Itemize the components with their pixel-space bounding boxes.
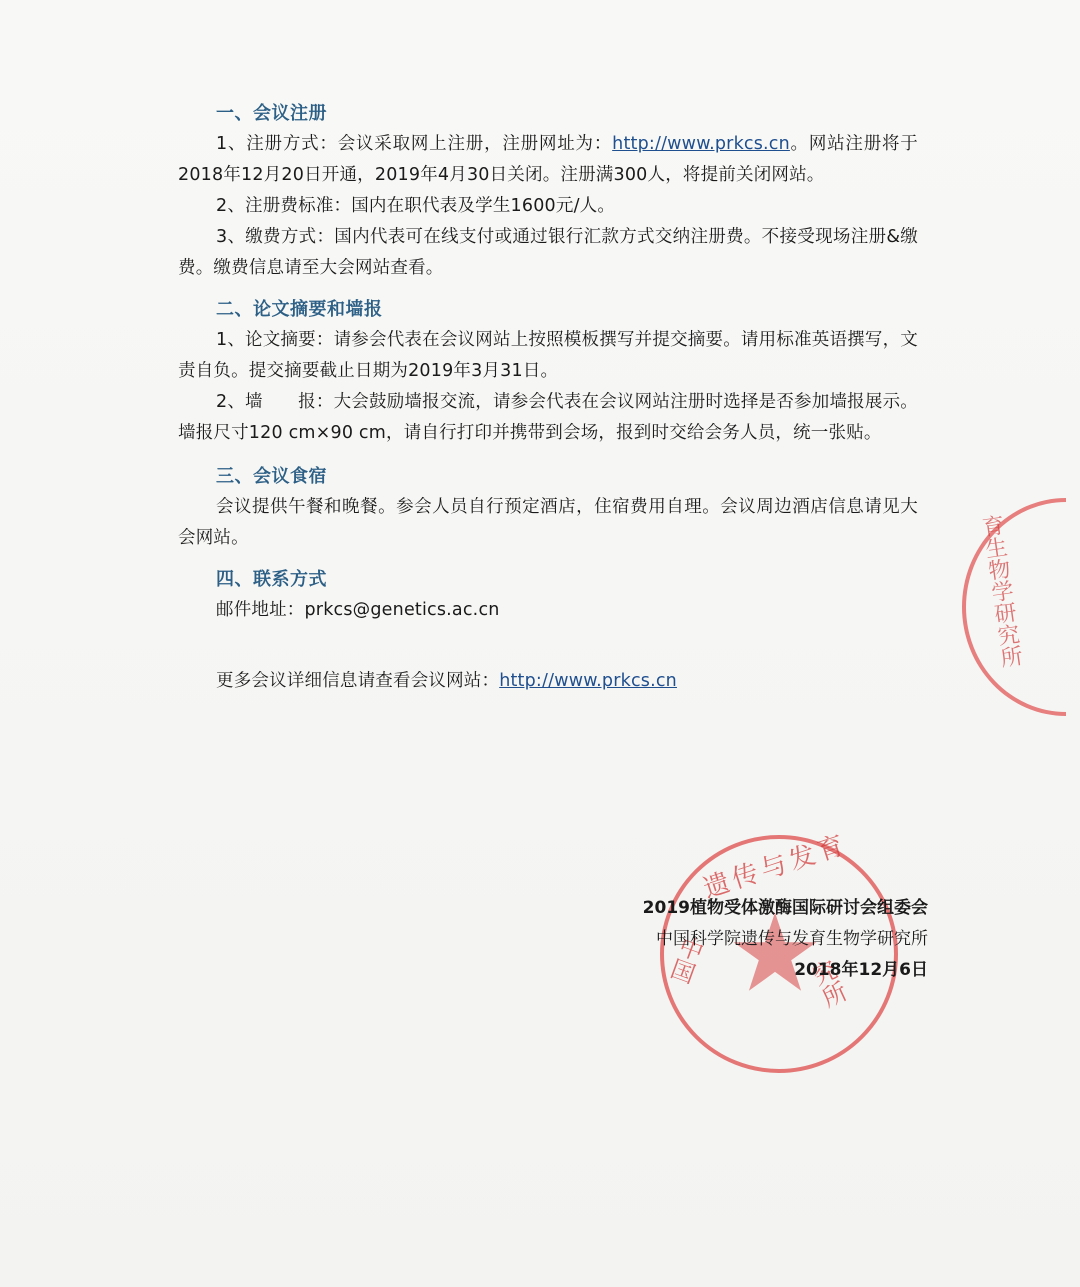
website-link[interactable]: http://www.prkcs.cn	[499, 671, 677, 691]
institute-name: 中国科学院遗传与发育生物学研究所	[643, 924, 928, 955]
organizer-name: 2019植物受体激酶国际研讨会组委会	[643, 893, 928, 924]
registration-fee-paragraph: 2、注册费标准：国内在职代表及学生1600元/人。	[178, 191, 918, 222]
more-info-paragraph: 更多会议详细信息请查看会议网站：http://www.prkcs.cn	[178, 666, 918, 697]
signature-block: 2019植物受体激酶国际研讨会组委会 中国科学院遗传与发育生物学研究所 2018…	[643, 893, 928, 986]
registration-method-text: 1、注册方式：会议采取网上注册，注册网址为：	[216, 134, 612, 154]
meals-lodging-paragraph: 会议提供午餐和晚餐。参会人员自行预定酒店，住宿费用自理。会议周边酒店信息请见大会…	[178, 492, 918, 554]
poster-paragraph: 2、墙 报：大会鼓励墙报交流，请参会代表在会议网站注册时选择是否参加墙报展示。墙…	[178, 387, 918, 449]
section-heading-abstract-poster: 二、论文摘要和墙报	[178, 294, 918, 325]
registration-url-link[interactable]: http://www.prkcs.cn	[612, 134, 790, 154]
registration-method-paragraph: 1、注册方式：会议采取网上注册，注册网址为：http://www.prkcs.c…	[178, 129, 918, 191]
spacer	[178, 284, 918, 294]
section-heading-contact: 四、联系方式	[178, 564, 918, 595]
document-page: 育生物学研究所 一、会议注册 1、注册方式：会议采取网上注册，注册网址为：htt…	[0, 0, 1080, 1287]
spacer	[178, 554, 918, 564]
payment-method-paragraph: 3、缴费方式：国内代表可在线支付或通过银行汇款方式交纳注册费。不接受现场注册&缴…	[178, 222, 918, 284]
signature-date: 2018年12月6日	[643, 955, 928, 986]
section-heading-meals-lodging: 三、会议食宿	[178, 461, 918, 492]
abstract-paragraph: 1、论文摘要：请参会代表在会议网站上按照模板撰写并提交摘要。请用标准英语撰写，文…	[178, 325, 918, 387]
more-info-label: 更多会议详细信息请查看会议网站：	[216, 671, 499, 691]
spacer	[178, 626, 918, 666]
section-heading-registration: 一、会议注册	[178, 98, 918, 129]
contact-email-paragraph: 邮件地址：prkcs@genetics.ac.cn	[178, 595, 918, 626]
spacer	[178, 449, 918, 461]
document-body: 一、会议注册 1、注册方式：会议采取网上注册，注册网址为：http://www.…	[178, 98, 918, 697]
